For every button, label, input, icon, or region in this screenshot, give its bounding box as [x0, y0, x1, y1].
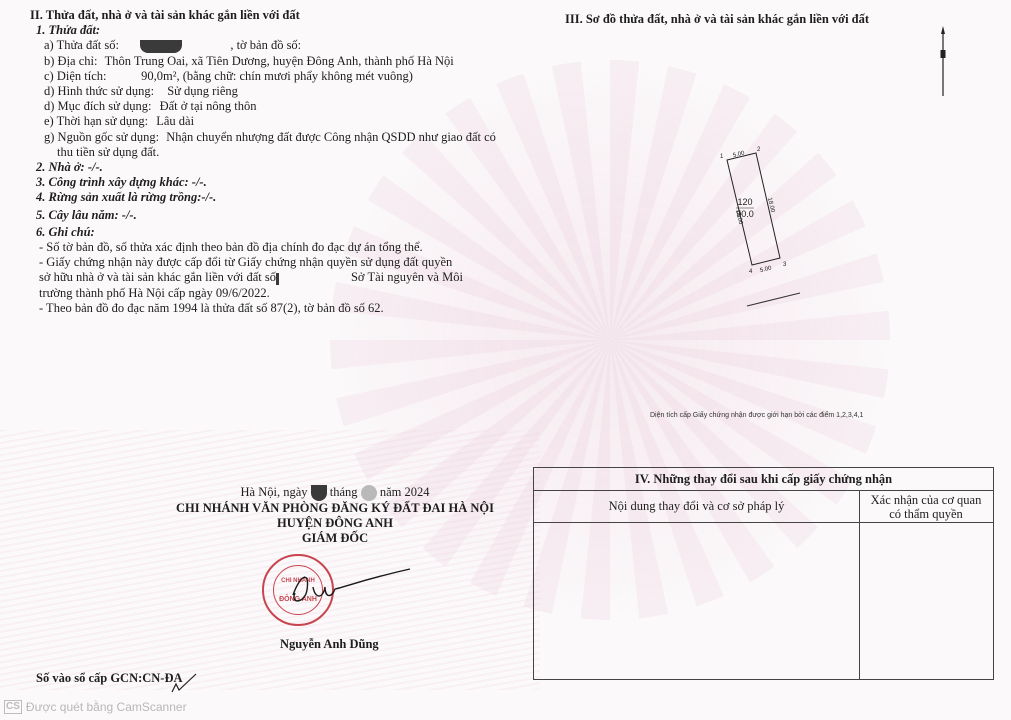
- signature-block: Hà Nội, ngày tháng năm 2024 CHI NHÁNH VĂ…: [150, 485, 520, 546]
- svg-text:5.00: 5.00: [732, 150, 745, 159]
- column-header-authority: Xác nhận của cơ quan có thẩm quyền: [859, 490, 993, 523]
- area-value: 90,0m², (bằng chữ: chín mươi phẩy không …: [141, 69, 413, 83]
- redacted-day: [311, 485, 327, 501]
- term-value: Lâu dài: [156, 114, 194, 128]
- north-arrow-icon: [940, 26, 946, 96]
- handwritten-mark: [170, 672, 198, 694]
- handwritten-signature: [285, 565, 415, 615]
- origin-row: g) Nguồn gốc sử dụng: Nhận chuyển nhượng…: [30, 130, 496, 145]
- address-row: b) Địa chỉ: Thôn Trung Oai, xã Tiên Dươn…: [30, 54, 496, 69]
- changes-table: IV. Những thay đổi sau khi cấp giấy chứn…: [533, 467, 994, 680]
- camscanner-watermark: CS Được quét bằng CamScanner: [4, 700, 187, 714]
- purpose-value: Đất ở tại nông thôn: [160, 99, 257, 113]
- other-works-row: 3. Công trình xây dựng khác: -/-.: [30, 175, 496, 190]
- note-item: - Số tờ bản đồ, số thửa xác định theo bả…: [30, 240, 496, 255]
- map-sheet-label: , tờ bản đồ số:: [230, 38, 301, 52]
- svg-text:18.00: 18.00: [766, 197, 775, 214]
- note-item: - Giấy chứng nhận này được cấp đổi từ Gi…: [30, 255, 496, 270]
- redacted-parcel-number: [140, 40, 182, 53]
- svg-text:5.00: 5.00: [759, 265, 772, 274]
- area-row: c) Diện tích: 90,0m², (bằng chữ: chín mư…: [30, 69, 496, 84]
- camscanner-logo-icon: CS: [4, 700, 22, 714]
- column-divider: [859, 490, 860, 679]
- issue-date: Hà Nội, ngày tháng năm 2024: [150, 485, 520, 501]
- plot-caption: Diện tích cấp Giấy chứng nhận được giới …: [650, 412, 863, 419]
- redacted-month: [361, 485, 377, 501]
- section2-title: II. Thửa đất, nhà ở và tài sản khác gắn …: [30, 8, 496, 23]
- svg-text:2: 2: [757, 147, 761, 153]
- parcel-diagram: 1 2 3 4 5.00 5.00 18.00 18.00 120 90.0: [700, 140, 830, 310]
- origin-row-cont: thu tiền sử dụng đất.: [30, 145, 496, 160]
- signer-name: Nguyễn Anh Dũng: [280, 637, 379, 652]
- section-land-parcel: II. Thửa đất, nhà ở và tài sản khác gắn …: [30, 8, 496, 316]
- origin-value: Nhận chuyển nhượng đất được Công nhận QS…: [166, 130, 496, 144]
- address-value: Thôn Trung Oai, xã Tiên Dương, huyện Đôn…: [105, 54, 454, 68]
- note-item: trường thành phố Hà Nội cấp ngày 09/6/20…: [30, 286, 496, 301]
- section4-title: IV. Những thay đổi sau khi cấp giấy chứn…: [534, 468, 993, 491]
- note-item: sở hữu nhà ở và tài sản khác gắn liền vớ…: [30, 270, 496, 285]
- issuing-district: HUYỆN ĐÔNG ANH: [150, 516, 520, 531]
- sub1-title: 1. Thửa đất:: [30, 23, 496, 38]
- notes-title: 6. Ghi chú:: [30, 225, 496, 240]
- perennial-row: 5. Cây lâu năm: -/-.: [30, 208, 496, 223]
- purpose-row: d) Mục đích sử dụng: Đất ở tại nông thôn: [30, 99, 496, 114]
- parcel-number-label: a) Thửa đất số:: [44, 38, 119, 52]
- signer-position: GIÁM ĐỐC: [150, 531, 520, 546]
- issuing-office: CHI NHÁNH VĂN PHÒNG ĐĂNG KÝ ĐẤT ĐAI HÀ N…: [150, 501, 520, 516]
- note-item: - Theo bản đồ đo đạc năm 1994 là thửa đấ…: [30, 301, 496, 316]
- svg-text:3: 3: [783, 262, 787, 268]
- gcn-register-number: Số vào sổ cấp GCN:CN-ĐA: [36, 671, 183, 686]
- section3-title: III. Sơ đồ thửa đất, nhà ở và tài sản kh…: [565, 12, 869, 27]
- forest-row: 4. Rừng sản xuất là rừng trồng:-/-.: [30, 190, 496, 205]
- svg-text:4: 4: [749, 269, 753, 275]
- redacted-certificate-number: [276, 273, 279, 285]
- svg-text:90.0: 90.0: [736, 209, 754, 219]
- parcel-number-row: a) Thửa đất số: , tờ bản đồ số:: [30, 38, 496, 53]
- column-header-content: Nội dung thay đổi và cơ sở pháp lý: [534, 490, 859, 523]
- usage-form-row: d) Hình thức sử dụng: Sử dụng riêng: [30, 84, 496, 99]
- usage-form-value: Sử dụng riêng: [167, 84, 238, 98]
- term-row: e) Thời hạn sử dụng: Lâu dài: [30, 114, 496, 129]
- svg-text:120: 120: [737, 197, 752, 207]
- house-row: 2. Nhà ở: -/-.: [30, 160, 496, 175]
- guilloche-pattern: [0, 430, 540, 690]
- svg-text:1: 1: [720, 154, 724, 160]
